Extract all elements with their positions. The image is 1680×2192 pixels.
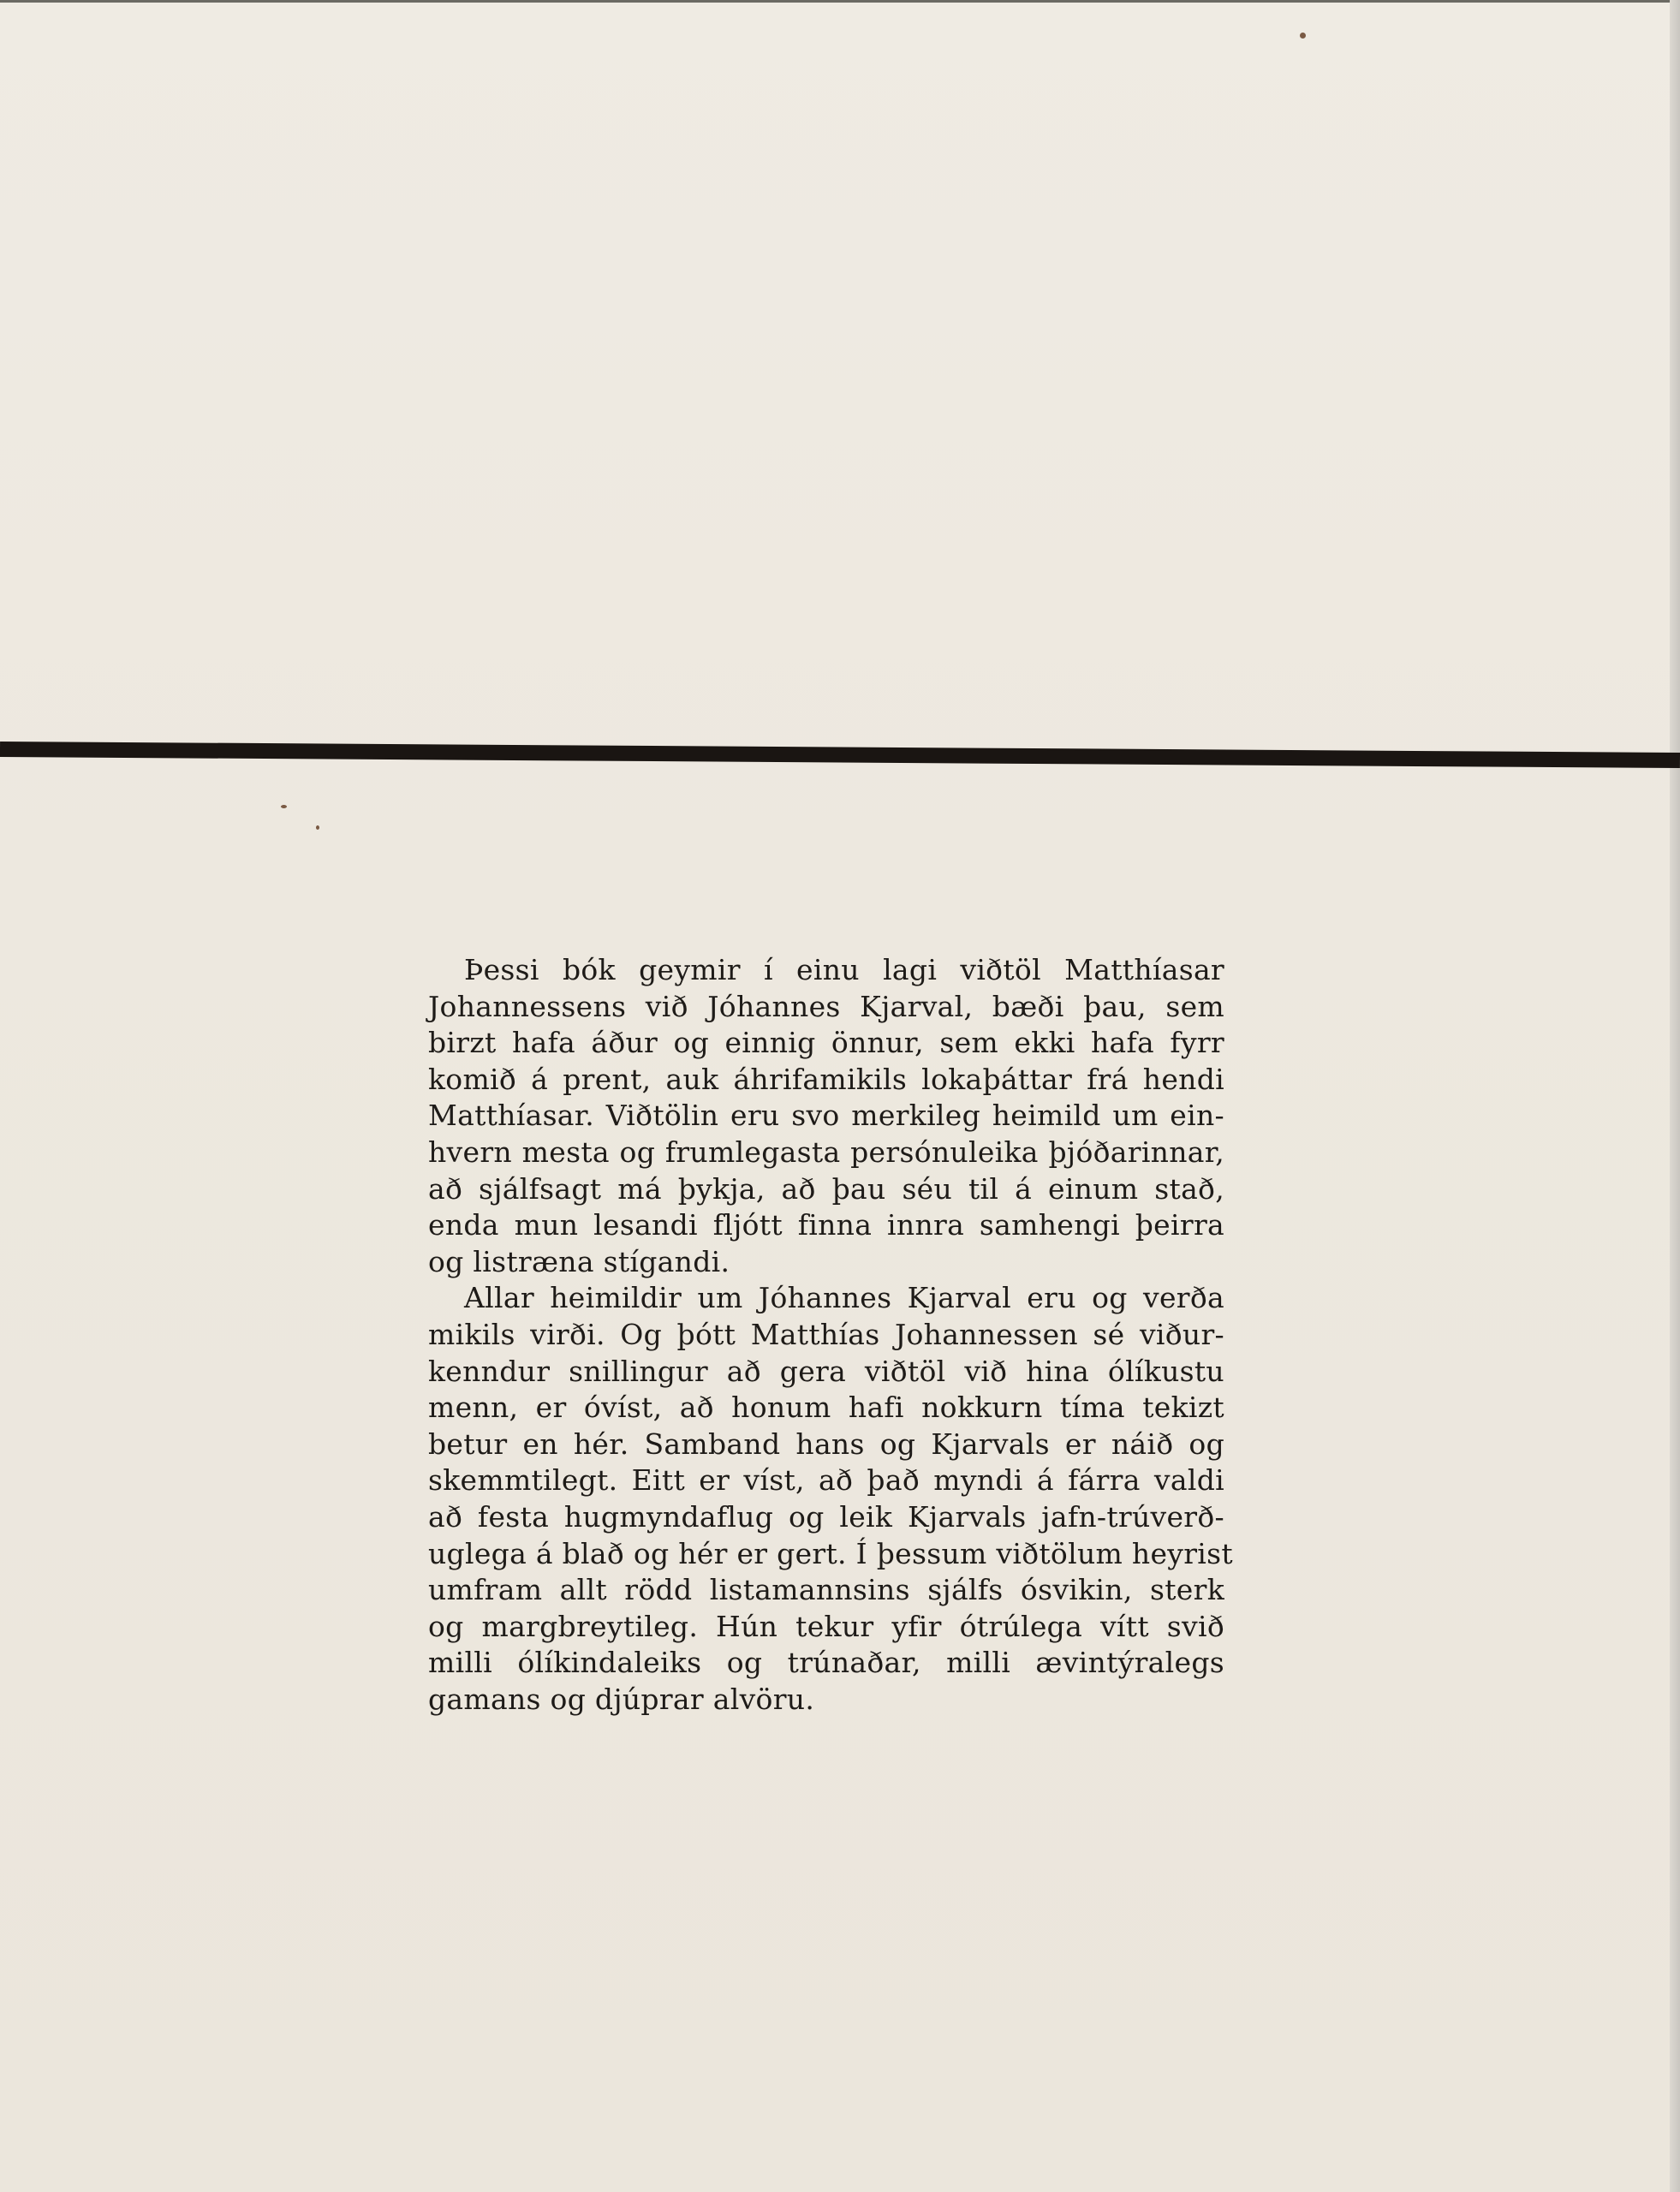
text-line: Allar heimildir um Jóhannes Kjarval eru … (428, 1280, 1224, 1317)
blurb-text: Þessi bók geymir í einu lagi viðtöl Matt… (428, 952, 1224, 1718)
text-line: kenndur snillingur að gera viðtöl við hi… (428, 1354, 1224, 1391)
text-line: og margbreytileg. Hún tekur yfir ótrúleg… (428, 1609, 1224, 1646)
ink-speck (316, 825, 319, 830)
text-line: mikils virði. Og þótt Matthías Johanness… (428, 1317, 1224, 1354)
text-line: að sjálfsagt má þykja, að þau séu til á … (428, 1171, 1224, 1208)
text-line: betur en hér. Samband hans og Kjarvals e… (428, 1427, 1224, 1463)
ink-speck (281, 805, 287, 808)
text-line: uglega á blað og hér er gert. Í þessum v… (428, 1536, 1224, 1573)
paragraph-2: Allar heimildir um Jóhannes Kjarval eru … (428, 1280, 1224, 1718)
text-line: menn, er óvíst, að honum hafi nokkurn tí… (428, 1390, 1224, 1427)
text-line: komið á prent, auk áhrifamikils lokaþátt… (428, 1062, 1224, 1099)
text-line: skemmtilegt. Eitt er víst, að það myndi … (428, 1462, 1224, 1499)
text-line: Matthíasar. Viðtölin eru svo merkileg he… (428, 1098, 1224, 1135)
horizontal-black-rule (0, 742, 1680, 768)
text-line: gamans og djúprar alvöru. (428, 1682, 1224, 1718)
text-line: og listræna stígandi. (428, 1244, 1224, 1281)
paragraph-1: Þessi bók geymir í einu lagi viðtöl Matt… (428, 952, 1224, 1280)
text-line: birzt hafa áður og einnig önnur, sem ekk… (428, 1025, 1224, 1062)
ink-speck (1300, 33, 1306, 39)
text-line: Johannessens við Jóhannes Kjarval, bæði … (428, 989, 1224, 1026)
text-line: að festa hugmyndaflug og leik Kjarvals j… (428, 1499, 1224, 1536)
right-edge-shadow (1670, 0, 1680, 2192)
text-line: hvern mesta og frumlegasta persónuleika … (428, 1135, 1224, 1171)
text-line: enda mun lesandi fljótt finna innra samh… (428, 1207, 1224, 1244)
text-line: umfram allt rödd listamannsins sjálfs ós… (428, 1572, 1224, 1609)
text-line: milli ólíkindaleiks og trúnaðar, milli æ… (428, 1645, 1224, 1682)
top-edge-shadow (0, 0, 1680, 3)
text-line: Þessi bók geymir í einu lagi viðtöl Matt… (428, 952, 1224, 989)
book-back-cover: Þessi bók geymir í einu lagi viðtöl Matt… (0, 0, 1680, 2192)
